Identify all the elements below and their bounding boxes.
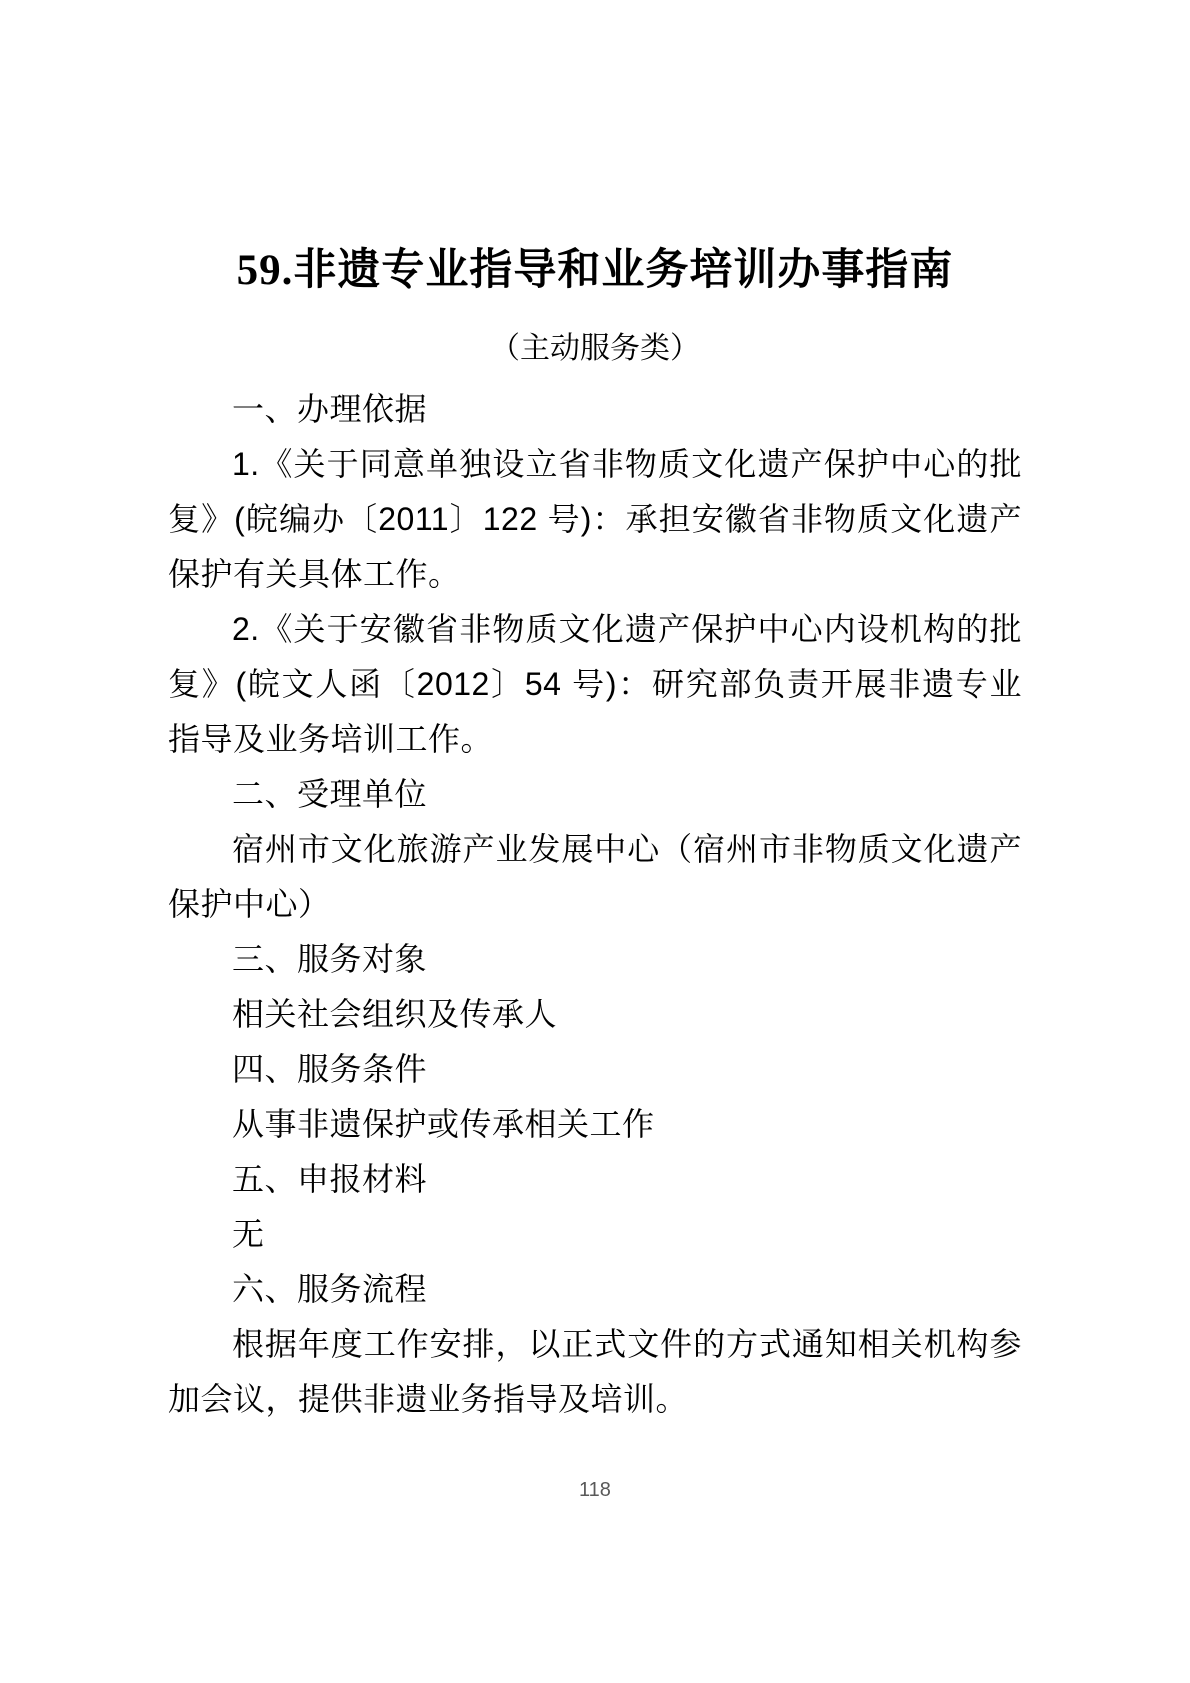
section-heading-application-materials: 五、申报材料 <box>168 1152 1022 1207</box>
section-heading-basis: 一、办理依据 <box>168 382 1022 437</box>
paragraph-service-target: 相关社会组织及传承人 <box>168 987 1022 1042</box>
paragraph-application-materials: 无 <box>168 1207 1022 1262</box>
paragraph-service-condition: 从事非遗保护或传承相关工作 <box>168 1097 1022 1152</box>
paragraph-basis-item-1: 1.《关于同意单独设立省非物质文化遗产保护中心的批复》(皖编办〔2011〕122… <box>168 437 1022 602</box>
paragraph-accepting-unit: 宿州市文化旅游产业发展中心（宿州市非物质文化遗产保护中心） <box>168 822 1022 932</box>
document-page: 59.非遗专业指导和业务培训办事指南 （主动服务类） 一、办理依据 1.《关于同… <box>0 0 1190 1683</box>
page-number: 118 <box>0 1478 1190 1502</box>
section-heading-service-target: 三、服务对象 <box>168 932 1022 987</box>
document-body: 一、办理依据 1.《关于同意单独设立省非物质文化遗产保护中心的批复》(皖编办〔2… <box>168 382 1022 1427</box>
section-heading-accepting-unit: 二、受理单位 <box>168 767 1022 822</box>
section-heading-service-condition: 四、服务条件 <box>168 1042 1022 1097</box>
page-subtitle: （主动服务类） <box>168 327 1022 371</box>
paragraph-service-process: 根据年度工作安排，以正式文件的方式通知相关机构参加会议，提供非遗业务指导及培训。 <box>168 1317 1022 1427</box>
section-heading-service-process: 六、服务流程 <box>168 1262 1022 1317</box>
paragraph-basis-item-2: 2.《关于安徽省非物质文化遗产保护中心内设机构的批复》(皖文人函〔2012〕54… <box>168 602 1022 767</box>
page-title: 59.非遗专业指导和业务培训办事指南 <box>168 245 1022 297</box>
